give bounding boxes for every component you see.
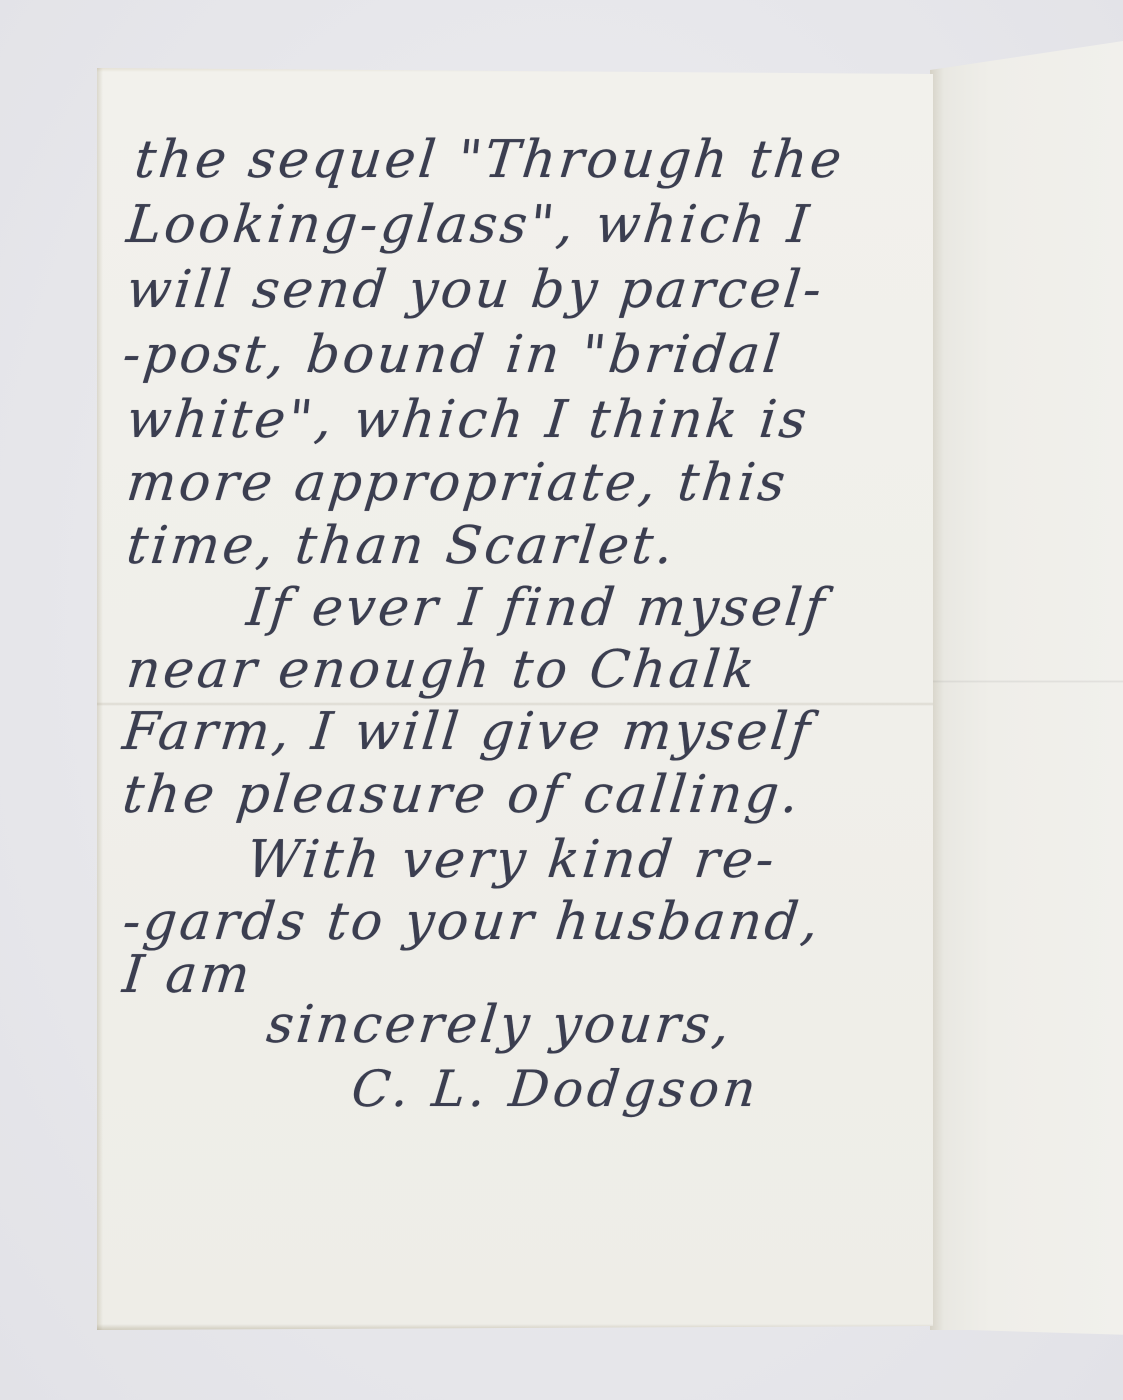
letter-line: white", which I think is	[124, 394, 811, 446]
letter-line: -post, bound in "bridal	[120, 329, 785, 381]
letter-body: the sequel "Through the Looking-glass", …	[97, 64, 933, 1330]
letter-line: I am	[120, 949, 255, 1001]
letter-line: Farm, I will give myself	[120, 706, 815, 758]
letter-line: -gards to your husband,	[120, 896, 823, 948]
letter-line: If ever I find myself	[244, 582, 829, 634]
letter-line: more appropriate, this	[124, 457, 790, 509]
horizontal-fold-crease	[930, 680, 1123, 683]
letter-line: near enough to Chalk	[124, 644, 760, 696]
letter-line: Looking-glass", which I	[124, 199, 814, 251]
letter-line: the pleasure of calling.	[120, 769, 804, 821]
letter-line: the sequel "Through the	[132, 134, 847, 186]
signature: C. L. Dodgson	[349, 1064, 762, 1114]
letter-page: the sequel "Through the Looking-glass", …	[97, 64, 933, 1330]
letter-line: time, than Scarlet.	[124, 520, 678, 572]
letter-line: With very kind re-	[244, 834, 779, 886]
letter-closing: sincerely yours,	[264, 999, 735, 1051]
letter-line: will send you by parcel-	[124, 264, 826, 316]
facing-page	[930, 0, 1123, 1400]
